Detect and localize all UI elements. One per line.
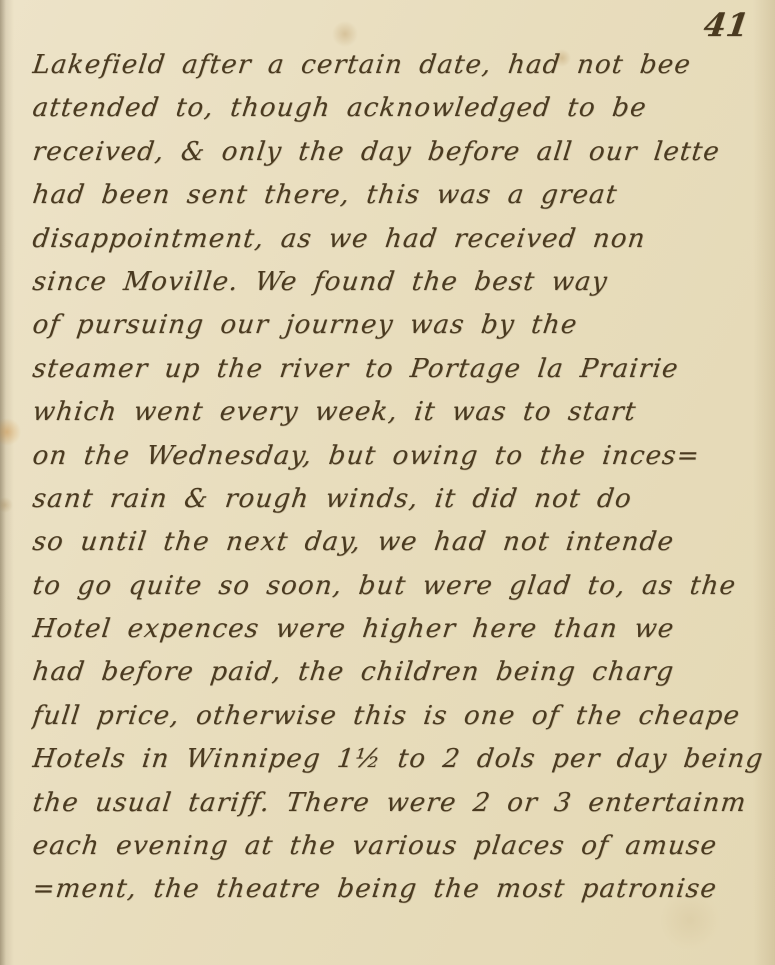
manuscript-line: attended to, though acknowledged to be xyxy=(30,87,775,130)
manuscript-page: 41 Lakefield after a certain date, had n… xyxy=(0,0,775,965)
manuscript-line: on the Wednesday, but owing to the inces… xyxy=(30,435,775,478)
manuscript-line: =ment, the theatre being the most patron… xyxy=(30,868,775,911)
manuscript-line: had before paid, the children being char… xyxy=(30,651,775,694)
manuscript-line: of pursuing our journey was by the xyxy=(30,304,775,347)
manuscript-line: sant rain & rough winds, it did not do xyxy=(30,478,775,521)
manuscript-line: full price, otherwise this is one of the… xyxy=(30,695,775,738)
manuscript-line: Hotel expences were higher here than we xyxy=(30,608,775,651)
manuscript-line: to go quite so soon, but were glad to, a… xyxy=(30,565,775,608)
manuscript-line: received, & only the day before all our … xyxy=(30,131,775,174)
manuscript-line: each evening at the various places of am… xyxy=(30,825,775,868)
manuscript-line: Hotels in Winnipeg 1½ to 2 dols per day … xyxy=(30,738,775,781)
manuscript-line: the usual tariff. There were 2 or 3 ente… xyxy=(30,782,775,825)
manuscript-line: which went every week, it was to start xyxy=(30,391,775,434)
manuscript-line: had been sent there, this was a great xyxy=(30,174,775,217)
manuscript-line: since Moville. We found the best way xyxy=(30,261,775,304)
manuscript-line: so until the next day, we had not intend… xyxy=(30,521,775,564)
page-number: 41 xyxy=(702,6,752,44)
manuscript-line: steamer up the river to Portage la Prair… xyxy=(30,348,775,391)
handwritten-text-block: Lakefield after a certain date, had not … xyxy=(30,44,775,912)
manuscript-line: Lakefield after a certain date, had not … xyxy=(30,44,775,87)
manuscript-line: disappointment, as we had received non xyxy=(30,218,775,261)
